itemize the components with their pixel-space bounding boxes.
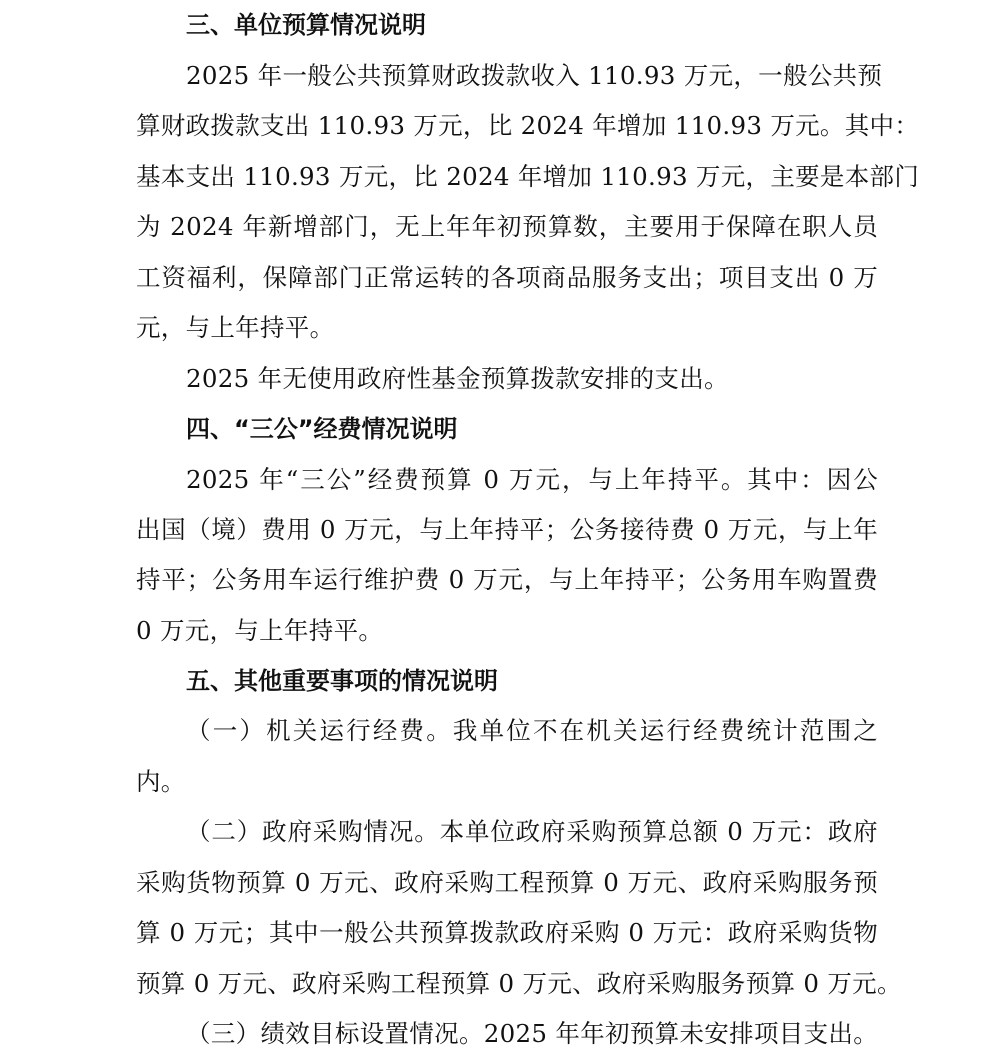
section-heading-budget: 三、单位预算情况说明 [186,0,426,50]
paragraph-line: 算 0 万元；其中一般公共预算拨款政府采购 0 万元：政府采购货物 [136,908,878,958]
paragraph-line: （三）绩效目标设置情况。2025 年年初预算未安排项目支出。 [186,1009,878,1059]
paragraph-line: 采购货物预算 0 万元、政府采购工程预算 0 万元、政府采购服务预 [136,858,878,908]
paragraph-line: 元，与上年持平。 [136,303,334,353]
paragraph-line: 2025 年无使用政府性基金预算拨款安排的支出。 [186,354,729,404]
paragraph-line: 0 万元，与上年持平。 [136,606,383,656]
section-heading-three-public: 四、“三公”经费情况说明 [186,404,458,454]
paragraph-line: 工资福利，保障部门正常运转的各项商品服务支出；项目支出 0 万 [136,253,878,303]
paragraph-line: 2025 年“三公”经费预算 0 万元，与上年持平。其中：因公 [186,455,878,505]
paragraph-line: （二）政府采购情况。本单位政府采购预算总额 0 万元：政府 [186,807,878,857]
paragraph-line: 为 2024 年新增部门，无上年年初预算数，主要用于保障在职人员 [136,202,878,252]
paragraph-line: 预算 0 万元、政府采购工程预算 0 万元、政府采购服务预算 0 万元。 [136,959,878,1009]
paragraph-line: 出国（境）费用 0 万元，与上年持平；公务接待费 0 万元，与上年 [136,505,878,555]
paragraph-line: 持平；公务用车运行维护费 0 万元，与上年持平；公务用车购置费 [136,555,878,605]
paragraph-line: 内。 [136,757,186,807]
paragraph-line: （一）机关运行经费。我单位不在机关运行经费统计范围之 [186,706,878,756]
section-heading-other-matters: 五、其他重要事项的情况说明 [186,656,498,706]
paragraph-line: 2025 年一般公共预算财政拨款收入 110.93 万元，一般公共预 [186,51,878,101]
paragraph-line: 算财政拨款支出 110.93 万元，比 2024 年增加 110.93 万元。其… [136,101,878,151]
paragraph-line: 基本支出 110.93 万元，比 2024 年增加 110.93 万元，主要是本… [136,152,878,202]
